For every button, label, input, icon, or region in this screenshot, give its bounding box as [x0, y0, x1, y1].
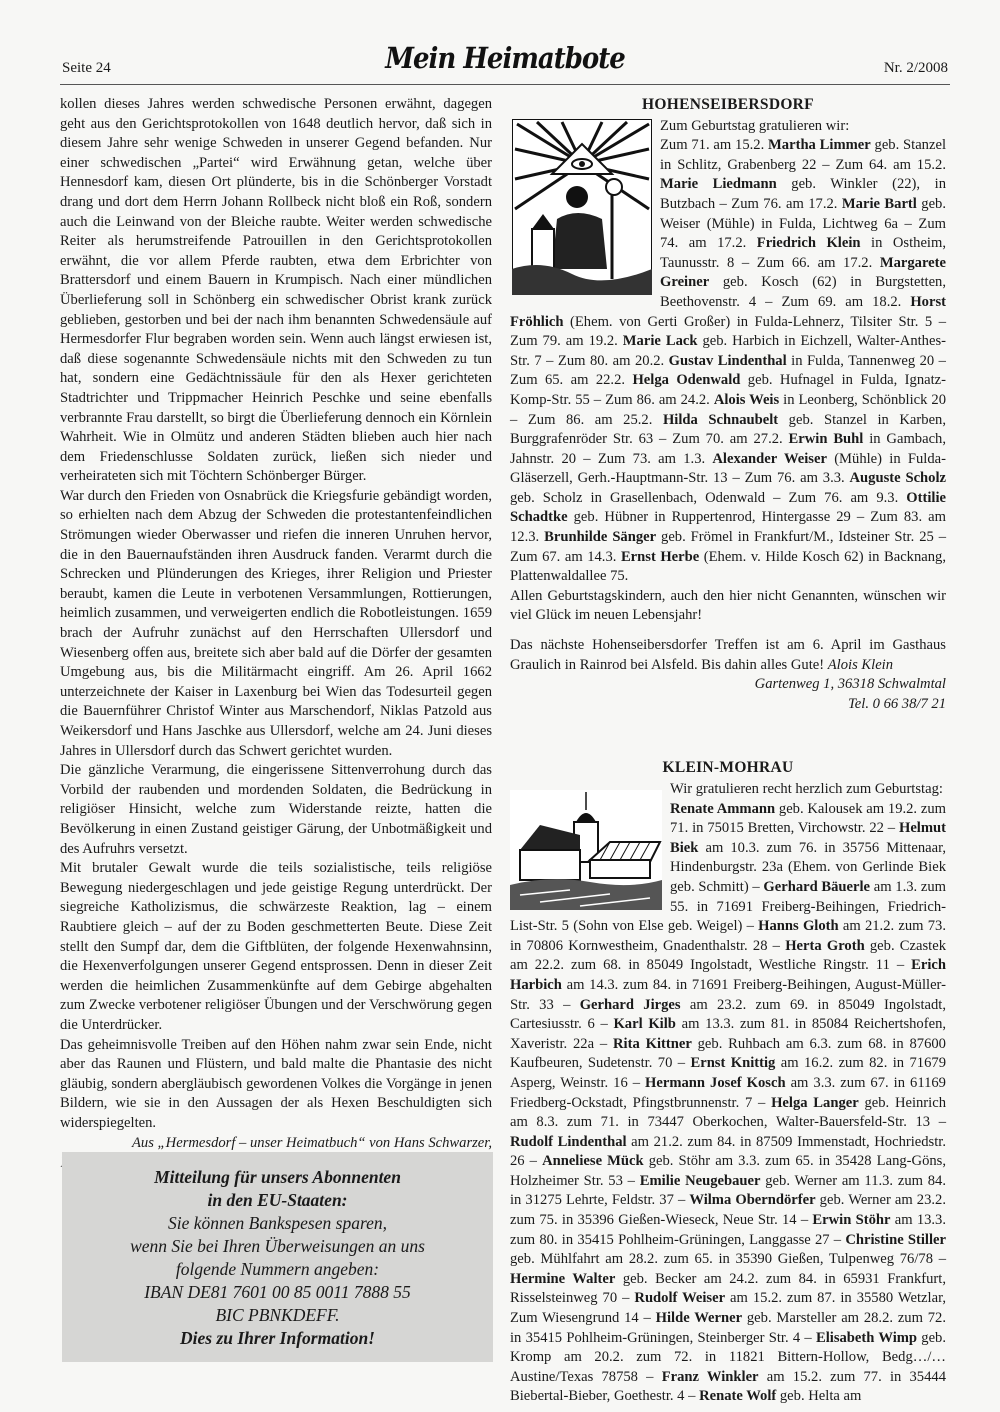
woodcut-icon	[512, 119, 652, 295]
person-name: Gustav Lindenthal	[669, 353, 787, 369]
birthday-wishes: Allen Geburtstagskindern, auch den hier …	[510, 587, 946, 626]
article-paragraph: War durch den Frieden von Osnabrück die …	[60, 487, 492, 761]
article-paragraph: Mit brutaler Gewalt wurde die teils sozi…	[60, 859, 492, 1035]
person-name: Rudolf Weiser	[634, 1290, 725, 1306]
subscriber-notice-box: Mitteilung für unsers Abonnenten in den …	[62, 1152, 493, 1362]
person-name: Helga Odenwald	[632, 372, 740, 388]
person-name: Anneliese Mück	[542, 1153, 644, 1169]
masthead-logo: Mein Heimatbote	[60, 43, 950, 76]
article-paragraph: Die gänzliche Verarmung, die eingerissen…	[60, 761, 492, 859]
person-name: Marie Lack	[623, 333, 698, 349]
person-name: Ernst Knittig	[690, 1055, 775, 1071]
person-name: Wilma Oberndörfer	[689, 1192, 815, 1208]
issue-number: Nr. 2/2008	[884, 60, 948, 77]
person-name: Renate Ammann	[670, 801, 775, 817]
person-name: Hilde Werner	[656, 1310, 742, 1326]
notice-subtitle: in den EU-Staaten:	[62, 1189, 493, 1212]
header-rule	[60, 84, 950, 85]
right-column: HOHENSEIBERSDORF Zum Geburtstag gratulie…	[510, 95, 946, 1407]
person-name: Gerhard Jirges	[580, 997, 681, 1013]
person-name: Herta Groth	[785, 938, 865, 954]
person-name: Rita Kittner	[613, 1036, 692, 1052]
person-name: Martha Limmer	[768, 137, 871, 153]
article-paragraph: Das geheimnisvolle Treiben auf den Höhen…	[60, 1036, 492, 1134]
person-name: Hanns Gloth	[758, 918, 838, 934]
person-name: Marie Liedmann	[660, 176, 777, 192]
iban-number: IBAN DE81 7601 00 85 0011 7888 55	[62, 1281, 493, 1304]
page-header: Seite 24 Mein Heimatbote Nr. 2/2008	[60, 40, 950, 85]
article-paragraph: kollen dieses Jahres werden schwedische …	[60, 95, 492, 487]
person-name: Brunhilde Sänger	[544, 529, 656, 545]
person-name: Karl Kilb	[613, 1016, 675, 1032]
person-name: Hilda Schnaubelt	[663, 412, 778, 428]
contact-name: Alois Klein	[828, 657, 893, 673]
person-name: Erwin Stöhr	[812, 1212, 890, 1228]
person-name: Ernst Herbe	[621, 549, 699, 565]
saint-woodcut-illustration	[512, 119, 652, 295]
meeting-announcement: Das nächste Hohenseibersdorfer Treffen i…	[510, 636, 946, 675]
person-name: Erwin Buhl	[789, 431, 864, 447]
person-name: Rudolf Lindenthal	[510, 1134, 627, 1150]
left-column-article: kollen dieses Jahres werden schwedische …	[60, 95, 492, 1193]
notice-closing: Dies zu Ihrer Information!	[62, 1327, 493, 1350]
notice-title: Mitteilung für unsers Abonnenten	[62, 1166, 493, 1189]
notice-line: wenn Sie bei Ihren Überweisungen an uns	[62, 1235, 493, 1258]
bic-code: BIC PBNKDEFF.	[62, 1304, 493, 1327]
church-village-illustration	[510, 790, 662, 910]
contact-phone: Tel. 0 66 38/7 21	[510, 695, 946, 715]
person-name: Renate Wolf	[699, 1388, 776, 1404]
person-name: Hermine Walter	[510, 1271, 615, 1287]
person-name: Christine Stiller	[845, 1232, 946, 1248]
person-name: Alois Weis	[714, 392, 779, 408]
person-name: Auguste Scholz	[850, 470, 946, 486]
person-name: Marie Bartl	[842, 196, 917, 212]
person-name: Helga Langer	[771, 1095, 859, 1111]
contact-address: Gartenweg 1, 36318 Schwalmtal	[510, 675, 946, 695]
person-name: Hermann Josef Kosch	[645, 1075, 786, 1091]
section-title-klein-mohrau: KLEIN-MOHRAU	[510, 758, 946, 778]
person-name: Gerhard Bäuerle	[763, 879, 870, 895]
notice-line: Sie können Bankspesen sparen,	[62, 1212, 493, 1235]
person-name: Franz Winkler	[662, 1369, 759, 1385]
person-name: Elisabeth Wimp	[816, 1330, 917, 1346]
notice-line: folgende Nummern angeben:	[62, 1258, 493, 1281]
person-name: Emilie Neugebauer	[640, 1173, 761, 1189]
person-name: Friedrich Klein	[757, 235, 861, 251]
section-title-hohenseibersdorf: HOHENSEIBERSDORF	[510, 95, 946, 115]
church-icon	[510, 790, 662, 910]
person-name: Alexander Weiser	[712, 451, 827, 467]
